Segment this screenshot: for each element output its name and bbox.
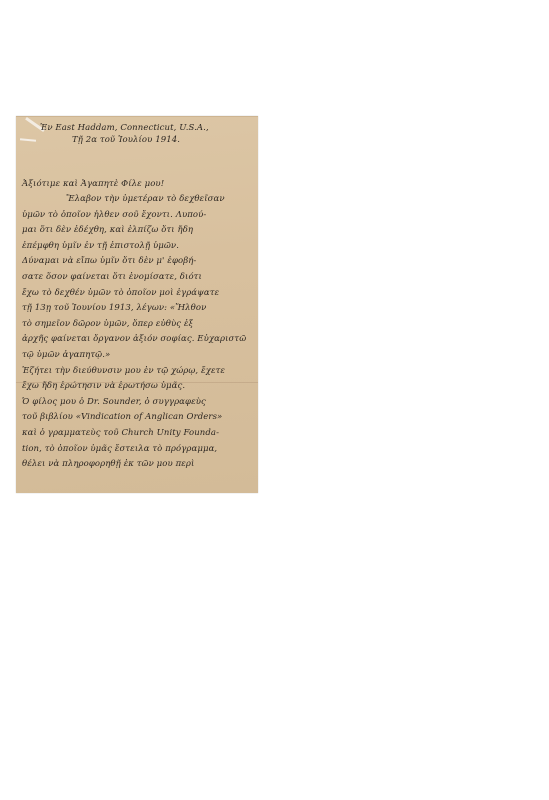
letter-page: Ἐν East Haddam, Connecticut, U.S.A., Τῇ … bbox=[16, 116, 258, 493]
letter-line: ἔχω ἤδη ἐρώτησιν νὰ ἐρωτήσω ὑμᾶς. bbox=[22, 381, 185, 391]
letter-line: Ἔλαβον τὴν ὑμετέραν τὸ δεχθεῖσαν bbox=[66, 194, 225, 204]
letter-line: ἀρχῆς φαίνεται ὄργανον ἀξιόν σοφίας. Εὐχ… bbox=[22, 334, 246, 344]
letter-line: tion, τὸ ὁποῖον ὑμᾶς ἔστειλα τὸ πρόγραμμ… bbox=[22, 444, 217, 454]
letter-date-line: Τῇ 2α τοῦ Ἰουλίου 1914. bbox=[72, 135, 180, 145]
letter-line: ἐπέμφθη ὑμῖν ἐν τῇ ἐπιστολῇ ὑμῶν. bbox=[22, 241, 179, 251]
letter-line: καὶ ὁ γραμματεὺς τοῦ Church Unity Founda… bbox=[22, 428, 219, 438]
letter-line: σατε ὅσον φαίνεται ὅτι ἐνομίσατε, διότι bbox=[22, 272, 202, 282]
letter-line: Ἐζήτει τὴν διεύθυνσιν μου ἐν τῷ χώρῳ, ἔχ… bbox=[22, 366, 225, 376]
letter-line: Ὁ φίλος μου ὁ Dr. Sounder, ὁ συγγραφεὺς bbox=[22, 397, 206, 407]
letter-line: Δύναμαι νὰ εἴπω ὑμῖν ὅτι δὲν μ' ἐφοβή- bbox=[22, 256, 196, 266]
letter-line: τὸ σημεῖον δῶρον ὑμῶν, ὅπερ εὐθὺς ἐξ bbox=[22, 319, 193, 329]
letter-line: τῷ ὑμῶν ἀγαπητῷ.» bbox=[22, 350, 110, 360]
letter-line: τοῦ βιβλίου «Vindication of Anglican Ord… bbox=[22, 412, 222, 422]
letter-salutation: Ἀξιότιμε καὶ Ἀγαπητὲ Φίλε μου! bbox=[22, 179, 164, 189]
letter-line: μαι ὅτι δὲν ἐδέχθη, καὶ ἐλπίζω ὅτι ἤδη bbox=[22, 225, 193, 235]
letter-line: ὑμῶν τὸ ὁποῖον ἦλθεν σοῦ ἔχοντι. Λυπού- bbox=[22, 210, 206, 220]
letter-line: θέλει νὰ πληροφορηθῇ ἐκ τῶν μου περὶ bbox=[22, 459, 194, 469]
letter-place-line: Ἐν East Haddam, Connecticut, U.S.A., bbox=[40, 123, 209, 133]
letter-line: ἔχω τὸ δεχθέν ὑμῶν τὸ ὁποῖον μοὶ ἐγράψατ… bbox=[22, 288, 219, 298]
torn-corner-mark bbox=[20, 138, 36, 141]
letter-line: τῇ 13ῃ τοῦ Ἰουνίου 1913, λέγων: «Ἤλθον bbox=[22, 303, 206, 313]
